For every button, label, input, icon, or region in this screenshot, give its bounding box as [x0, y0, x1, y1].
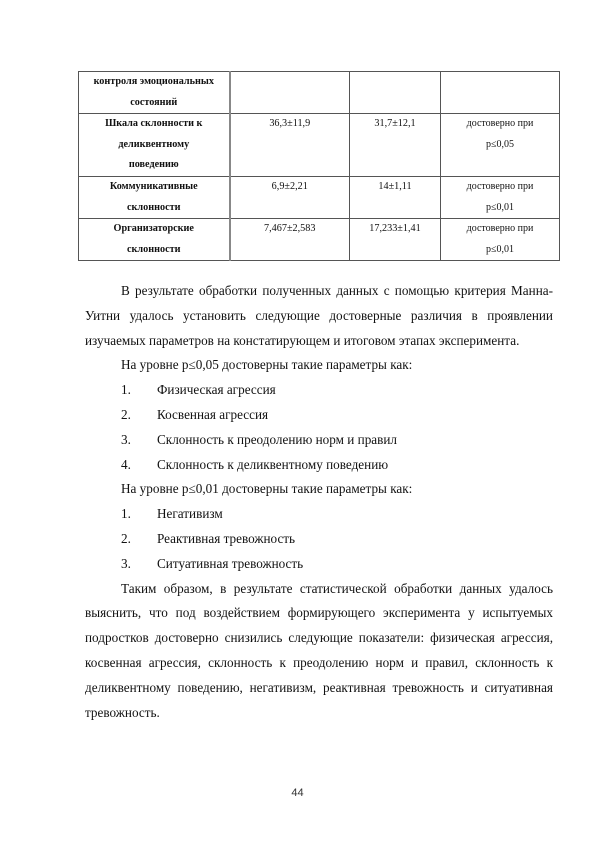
list-text: Склонность к преодолению норм и правил: [157, 428, 397, 453]
list-number: 2.: [121, 403, 157, 428]
significance-text: достоверно при: [444, 177, 556, 198]
parameter-label: Организаторские: [82, 219, 226, 240]
conclusion-paragraph: Таким образом, в результате статистическ…: [85, 577, 553, 726]
before-value-cell: [230, 72, 350, 114]
after-value-cell: [350, 72, 441, 114]
list-item: 2. Реактивная тревожность: [85, 527, 553, 552]
list-text: Реактивная тревожность: [157, 527, 295, 552]
parameter-label: состояний: [82, 93, 226, 114]
list-number: 2.: [121, 527, 157, 552]
table-row: Шкала склонности к деликвентному поведен…: [79, 114, 560, 177]
list-text: Косвенная агрессия: [157, 403, 268, 428]
table-row: Организаторские склонности 7,467±2,583 1…: [79, 219, 560, 261]
list-item: 3. Ситуативная тревожность: [85, 552, 553, 577]
list-number: 1.: [121, 502, 157, 527]
significance-text: достоверно при: [444, 219, 556, 240]
parameter-label: контроля эмоциональных: [82, 72, 226, 93]
parameter-label: поведению: [82, 155, 226, 176]
results-table: контроля эмоциональных состояний Шкала с…: [78, 71, 560, 261]
list-number: 3.: [121, 428, 157, 453]
parameter-label: деликвентному: [82, 135, 226, 156]
significance-text: p≤0,01: [444, 198, 556, 219]
significance-cell: достоверно при p≤0,01: [441, 177, 560, 219]
parameter-label: Шкала склонности к: [82, 114, 226, 135]
parameter-cell: Шкала склонности к деликвентному поведен…: [79, 114, 230, 177]
list-item: 1. Физическая агрессия: [85, 378, 553, 403]
list-number: 4.: [121, 453, 157, 478]
before-value-cell: 7,467±2,583: [230, 219, 350, 261]
significance-text: достоверно при: [444, 114, 556, 135]
significance-cell: [441, 72, 560, 114]
level-005-heading: На уровне p≤0,05 достоверны такие параме…: [85, 353, 553, 378]
before-value-cell: 6,9±2,21: [230, 177, 350, 219]
significance-cell: достоверно при p≤0,05: [441, 114, 560, 177]
parameter-label: склонности: [82, 240, 226, 261]
parameter-cell: контроля эмоциональных состояний: [79, 72, 230, 114]
body-text: В результате обработки полученных данных…: [85, 279, 553, 725]
level-001-heading: На уровне p≤0,01 достоверны такие параме…: [85, 477, 553, 502]
list-text: Ситуативная тревожность: [157, 552, 303, 577]
list-item: 2. Косвенная агрессия: [85, 403, 553, 428]
list-item: 4. Склонность к деликвентному поведению: [85, 453, 553, 478]
parameter-cell: Коммуникативные склонности: [79, 177, 230, 219]
before-value-cell: 36,3±11,9: [230, 114, 350, 177]
list-number: 3.: [121, 552, 157, 577]
parameter-label: склонности: [82, 198, 226, 219]
table-row: Коммуникативные склонности 6,9±2,21 14±1…: [79, 177, 560, 219]
list-item: 1. Негативизм: [85, 502, 553, 527]
significance-text: p≤0,01: [444, 240, 556, 261]
list-text: Склонность к деликвентному поведению: [157, 453, 388, 478]
after-value-cell: 17,233±1,41: [350, 219, 441, 261]
intro-paragraph: В результате обработки полученных данных…: [85, 279, 553, 353]
list-text: Физическая агрессия: [157, 378, 276, 403]
page-number: 44: [0, 787, 595, 799]
after-value-cell: 31,7±12,1: [350, 114, 441, 177]
parameter-label: Коммуникативные: [82, 177, 226, 198]
significance-text: p≤0,05: [444, 135, 556, 156]
table-row: контроля эмоциональных состояний: [79, 72, 560, 114]
list-text: Негативизм: [157, 502, 223, 527]
after-value-cell: 14±1,11: [350, 177, 441, 219]
list-item: 3. Склонность к преодолению норм и прави…: [85, 428, 553, 453]
significance-cell: достоверно при p≤0,01: [441, 219, 560, 261]
list-number: 1.: [121, 378, 157, 403]
parameter-cell: Организаторские склонности: [79, 219, 230, 261]
